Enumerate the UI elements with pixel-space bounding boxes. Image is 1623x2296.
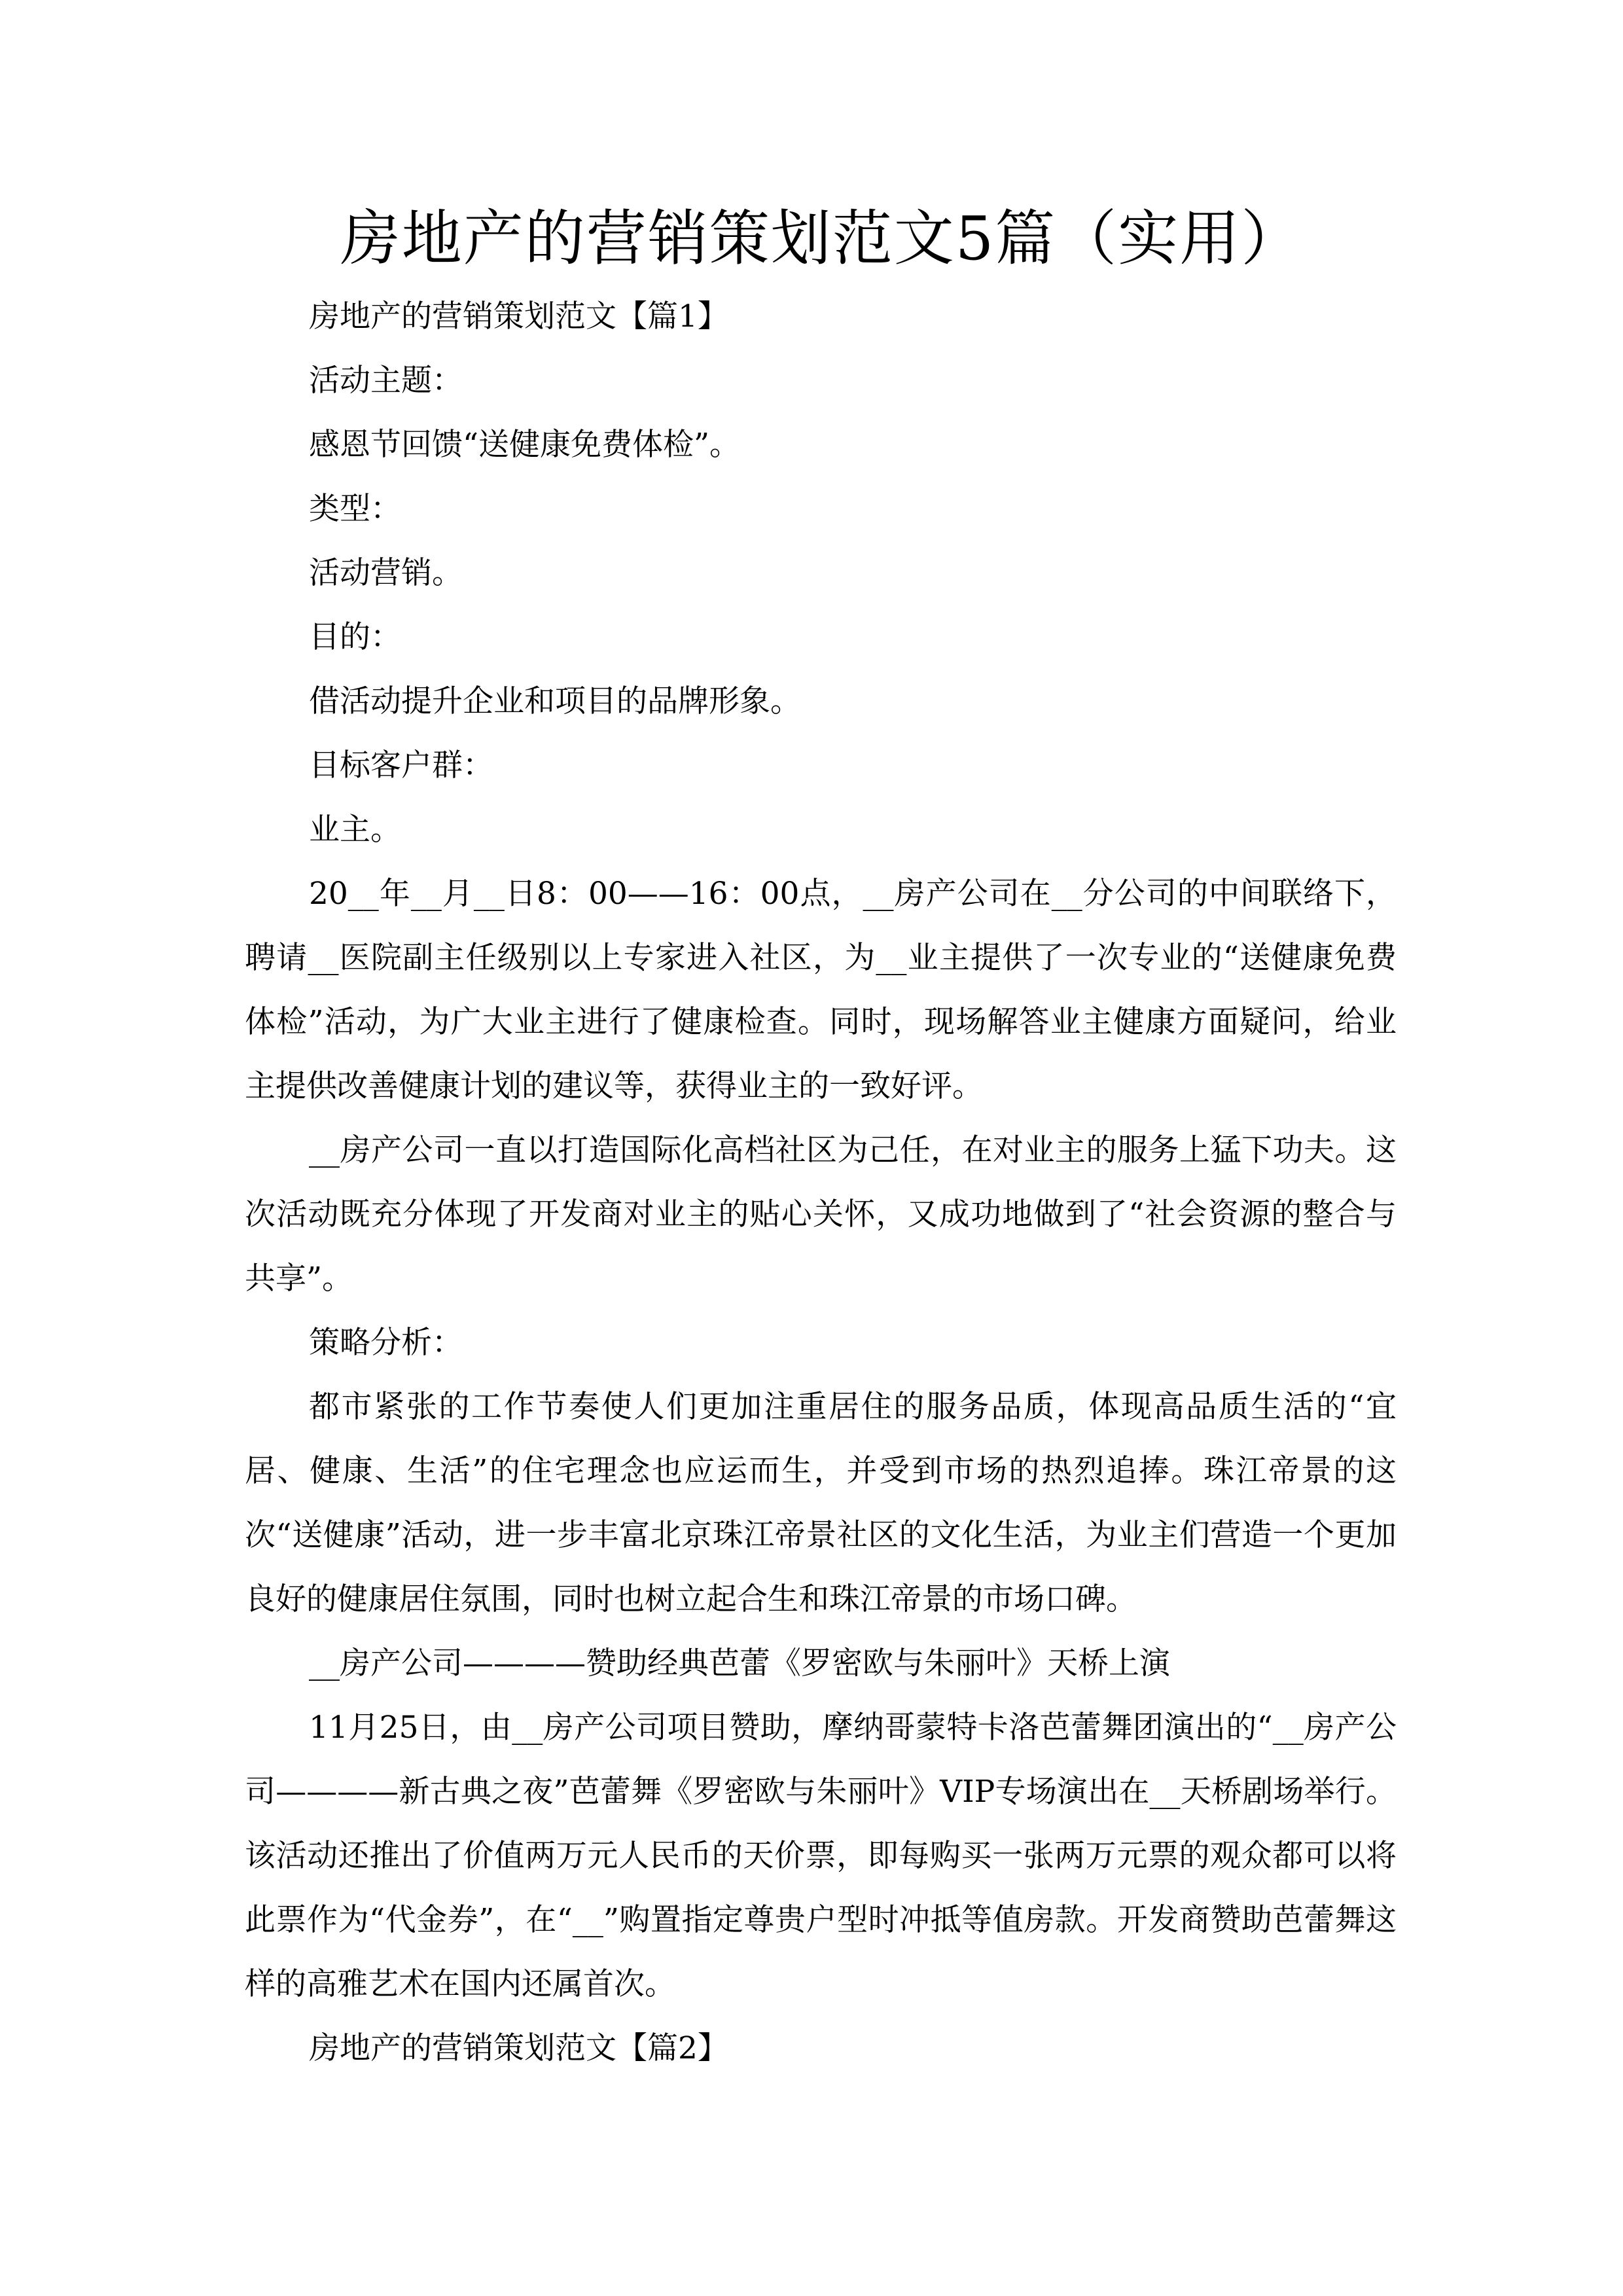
subheading-ballet: __房产公司————赞助经典芭蕾《罗密欧与朱丽叶》天桥上演 xyxy=(245,1632,1397,1696)
document-title: 房地产的营销策划范文5篇（实用） xyxy=(0,196,1623,281)
document-page: 房地产的营销策划范文5篇（实用） 房地产的营销策划范文【篇1】 活动主题： 感恩… xyxy=(0,0,1623,2296)
label-purpose: 目的： xyxy=(245,605,1397,670)
label-activity-theme: 活动主题： xyxy=(245,349,1397,413)
label-type: 类型： xyxy=(245,477,1397,541)
body-paragraph-company: __房产公司一直以打造国际化高档社区为己任，在对业主的服务上猛下功夫。这次活动既… xyxy=(245,1119,1397,1311)
section-heading-1: 房地产的营销策划范文【篇1】 xyxy=(245,285,1397,349)
value-purpose: 借活动提升企业和项目的品牌形象。 xyxy=(245,670,1397,734)
value-activity-theme: 感恩节回馈“送健康免费体检”。 xyxy=(245,413,1397,477)
value-target-customers: 业主。 xyxy=(245,798,1397,862)
body-paragraph-ballet: 11月25日，由__房产公司项目赞助，摩纳哥蒙特卡洛芭蕾舞团演出的“__房产公司… xyxy=(245,1696,1397,2017)
label-target-customers: 目标客户群： xyxy=(245,734,1397,798)
label-strategy-analysis: 策略分析： xyxy=(245,1311,1397,1375)
body-paragraph-strategy: 都市紧张的工作节奏使人们更加注重居住的服务品质，体现高品质生活的“宜居、健康、生… xyxy=(245,1375,1397,1632)
body-paragraph-event: 20__年__月__日8：00——16：00点，__房产公司在__分公司的中间联… xyxy=(245,862,1397,1119)
section-heading-2: 房地产的营销策划范文【篇2】 xyxy=(245,2017,1397,2081)
value-type: 活动营销。 xyxy=(245,541,1397,605)
document-body: 房地产的营销策划范文【篇1】 活动主题： 感恩节回馈“送健康免费体检”。 类型：… xyxy=(245,285,1397,2081)
